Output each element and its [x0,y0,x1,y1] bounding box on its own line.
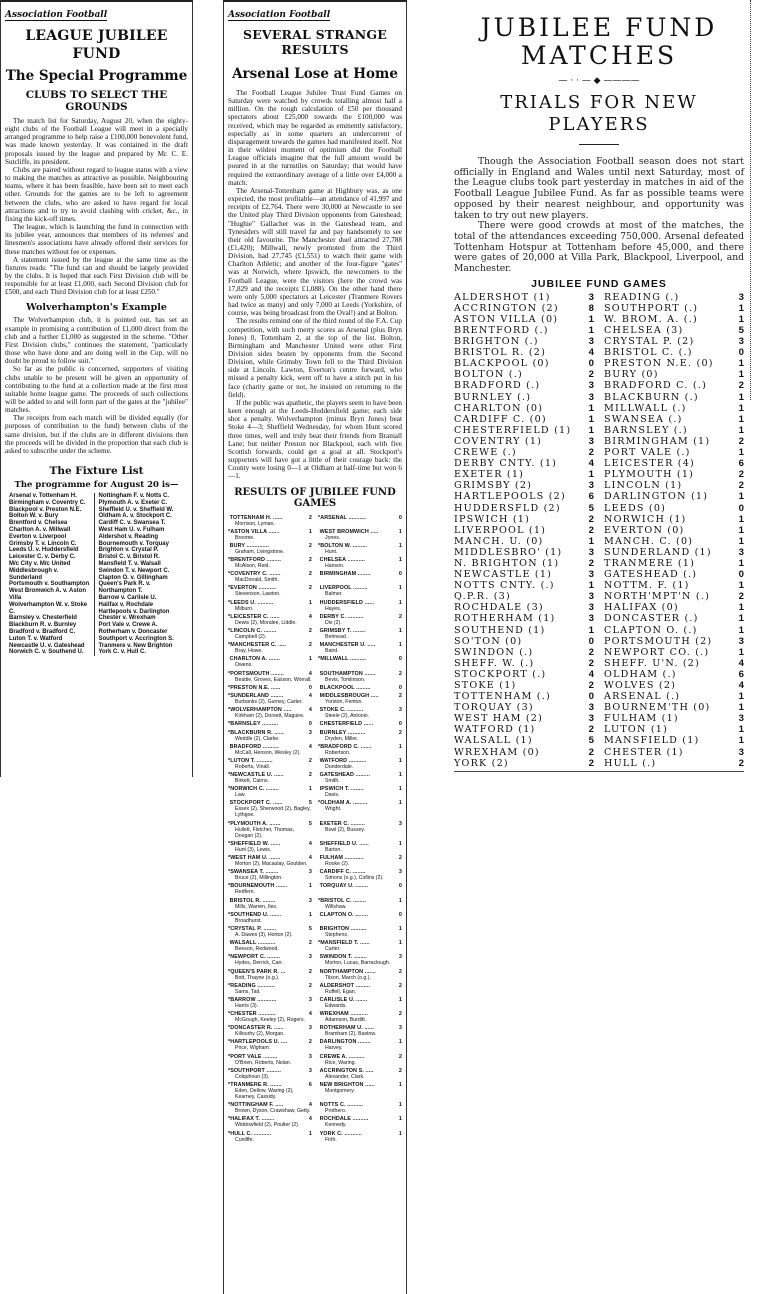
result-side: CLAPTON O. ........0 [318,912,402,924]
result-row: *QUEEN'S PARK R. ...2Bott, Thayne (o.g.)… [228,969,402,981]
result-side: GATESHEAD .........1Smith. [318,772,402,784]
result-row: *MANCHESTER C. .....2Bray, Howe. MANCHES… [228,642,402,654]
team-name: SHEFF. W. (.) [454,658,534,669]
scorers: Harvey. [318,1045,402,1051]
scorers: Bray, Howe. [228,648,312,654]
team-name: GRIMSBY (2) [454,480,532,491]
scorers: Burbanks (2), Gurney, Carter. [228,699,312,705]
score: 1 [589,469,594,480]
team-name: CHESTERFIELD (1) [454,425,571,436]
result-side: MIDDLESBROUGH .....2Yorston, Fenton. [318,693,402,705]
team-score: *BARNSLEY ..........0 [228,721,312,727]
score: 1 [739,735,744,746]
home-entry: SWINDON (.)2 [454,647,594,658]
fixture: Grimsby T. v. Lincoln C. [9,541,92,548]
away-entry: MANCH. C. (0)1 [604,536,744,547]
score: 4 [589,458,594,469]
scorers: Hullett, Fletcher, Thomas, Dougan (2). [228,827,312,839]
scorers: Campbell (2). [228,634,312,640]
score: 4 [309,1116,312,1122]
team-name: DERBY CNTY. (1) [454,458,557,469]
result-side: BRADFORD ..........4McCall, Henson, Wesl… [228,744,312,756]
home-entry: BRENTFORD (.)1 [454,325,594,336]
score: 3 [589,713,594,724]
team-score: *ARSENAL ...........0 [318,515,402,521]
team-name: BRISTOL C. (.) [604,347,693,358]
score: 1 [399,557,402,563]
team-name: BLACKPOOL (0) [454,358,550,369]
fixture: Middlesbrough v. Sunderland [9,568,92,582]
scorers: Davis. [318,792,402,798]
score: 1 [739,602,744,613]
result-side: *NOTTINGHAM F. .....4Brown, Dyson, Craws… [228,1102,312,1114]
away-entry: NEWPORT CO. (.)1 [604,647,744,658]
score: 4 [309,1011,312,1017]
result-row: *HALIFAX T. ........4Widdowfield (2), Po… [228,1116,402,1128]
score: 5 [589,735,594,746]
score: 1 [309,912,312,918]
scorers: McGough, Keeley (2), Rogers. [228,1017,312,1023]
result-row: *PRESTON N.E. ......0 BLACKPOOL ........… [228,685,402,691]
scorers: Widdowfield (2), Poulter (2). [228,1122,312,1128]
clipping-league-jubilee-fund: Association Football LEAGUE JUBILEE FUND… [0,0,193,777]
score: 2 [589,680,594,691]
team-name: *LEEDS U. .......... [228,600,273,606]
team-name: BRADFORD (.) [454,380,540,391]
team-name: *PORT VALE ......... [228,1054,278,1060]
result-row: *BLACKBURN R. ......3Weddle (2), Clarke.… [228,730,402,742]
result-row: *NORWICH C. ........1Law. IPSWICH T. ...… [228,786,402,798]
result-side: *ARSENAL ...........0 [318,515,402,527]
result-side: *SWANSEA T. ........3Bruce (2), Millingt… [228,869,312,881]
team-name: SWANSEA (.) [604,414,683,425]
scorers: Brown, Dyson, Crawshaw, Getty. [228,1108,312,1114]
score: 1 [739,392,744,403]
score: 0 [739,503,744,514]
headline: JUBILEE FUND MATCHES [454,14,744,70]
away-entry: NORTH'MPT'N (.)2 [604,591,744,602]
fixture: Port Vale v. Crewe A. [99,622,183,629]
team-name: NORWICH (1) [604,514,686,525]
paragraph: So far as the public is concerned, suppo… [5,365,188,414]
score: 1 [399,841,402,847]
away-entry: HALIFAX (0)1 [604,602,744,613]
result-side: *PRESTON N.E. ......0 [228,685,312,691]
score: 1 [399,758,402,764]
score: 0 [309,721,312,727]
score: 3 [739,636,744,647]
score: 0 [399,656,402,662]
score: 1 [399,997,402,1003]
team-score: TORQUAY U. ........0 [318,883,402,889]
team-name: TORQUAY (3) [454,702,534,713]
score: 2 [399,1068,402,1074]
team-name: *MILLWALL .......... [318,656,366,662]
away-entry: TRANMERE (1)1 [604,558,744,569]
away-column: READING (.)3SOUTHPORT (.)1W. BROM. A. (.… [604,292,744,769]
fixture: Luton T. v. Watford [9,636,92,643]
score: 1 [589,314,594,325]
article-body: Though the Association Football season d… [454,157,744,275]
fixture: Halifax v. Rochdale [99,602,183,609]
away-entry: CHESTER (1)3 [604,747,744,758]
scorers: Montgomery. [318,1088,402,1094]
home-entry: GRIMSBY (2)3 [454,480,594,491]
scorers: Broadhurst. [228,918,312,924]
result-side: *CRYSTAL P. ........5A. Dawes (3), Horto… [228,926,312,938]
result-row: *PLYMOUTH A. .......5Hullett, Fletcher, … [228,821,402,839]
team-name: CREWE (.) [454,447,517,458]
team-name: HALIFAX (0) [604,602,679,613]
result-row: *EVERTON ...........2Stevenson, Lawton. … [228,585,402,597]
result-side: *OLDHAM A. .........1Wright. [318,800,402,818]
scorers: McCall, Henson, Wesley (2). [228,750,312,756]
result-side: *PLYMOUTH A. .......5Hullett, Fletcher, … [228,821,312,839]
score: 1 [399,642,402,648]
result-row: *ASTON VILLA .......1Broome. WEST BROMWI… [228,529,402,541]
team-name: MANCH. C. (0) [604,536,693,547]
team-name: DONCASTER (.) [604,613,699,624]
score: 4 [589,669,594,680]
home-entry: WALSALL (1)5 [454,735,594,746]
team-name: ACCRINGTON (2) [454,303,559,314]
scorers: Tilson, March (o.g.). [318,975,402,981]
team-name: BLACKPOOL ......... [318,685,371,691]
result-side: TORQUAY U. ........0 [318,883,402,895]
home-entry: LIVERPOOL (1)2 [454,525,594,536]
score: 1 [739,491,744,502]
result-side: DERBY C. ..........2Dix (2). [318,614,402,626]
score: 1 [399,940,402,946]
result-row: BRADFORD ..........4McCall, Henson, Wesl… [228,744,402,756]
score: 3 [589,436,594,447]
scorers: Jones. [318,535,402,541]
result-side: *ASTON VILLA .......1Broome. [228,529,312,541]
scorers: McAlson, Reid. [228,563,312,569]
away-entry: CHELSEA (3)5 [604,325,744,336]
scorers: MacDonald, Smith. [228,577,312,583]
result-side: STOCKPORT C. ......5Essex (2), Sherwood … [228,800,312,818]
score: 1 [309,529,312,535]
score: 1 [399,600,402,606]
fixture: Leicester C. v. Derby C. [9,554,92,561]
away-entry: SOUTHPORT (.)1 [604,303,744,314]
score: 2 [309,543,312,549]
score: 1 [399,1082,402,1088]
team-name: SUNDERLAND (1) [604,547,712,558]
score: 2 [589,369,594,380]
result-side: CARLISLE U. .......1Edwards. [318,997,402,1009]
team-name: BURY .............. [228,543,269,549]
score: 4 [309,841,312,847]
result-side: HUDDERSFIELD ......1Hayes. [318,600,402,612]
scorers: Colquhoun (3). [228,1074,312,1080]
home-entry: CARDIFF C. (0)1 [454,414,594,425]
score: 1 [309,883,312,889]
team-name: *ARSENAL ........... [318,515,366,521]
score: 1 [589,625,594,636]
home-entry: SHEFF. W. (.)2 [454,658,594,669]
home-entry: WEST HAM (2)3 [454,713,594,724]
score: 3 [399,869,402,875]
score: 5 [739,325,744,336]
team-name: OLDHAM (.) [604,669,677,680]
score: 3 [589,702,594,713]
away-entry: WOLVES (2)4 [604,680,744,691]
result-row: *NOTTINGHAM F. .....4Brown, Dyson, Craws… [228,1102,402,1114]
result-row: *HARTLEPOOLS U. ....2Price, Wigham. DARL… [228,1039,402,1051]
team-name: *LEICESTER C. ...... [228,614,280,620]
result-side: ACCRINGTON S. .....2Alexander, Clark. [318,1068,402,1080]
score: 0 [399,883,402,889]
scorers: Ruffell, Egan. [318,989,402,995]
scorers: Dix (2). [318,620,402,626]
team-name: BURY (0) [604,369,659,380]
fixture: Swindon T. v. Newport C. [99,568,183,575]
away-entry: MILLWALL (.)1 [604,403,744,414]
subhead: TRIALS FOR NEW PLAYERS [454,92,744,136]
result-side: *WEST HAM U. .......4Morton (2), Macaula… [228,855,312,867]
result-row: WALSALL ...........2Beeson, Redwood.*MAN… [228,940,402,952]
scorers: Milburn. [228,606,312,612]
team-name: ALDERSHOT ......... [318,983,370,989]
home-entry: SOUTHEND (1)1 [454,625,594,636]
score: 3 [589,602,594,613]
away-entry: LEEDS (0)0 [604,503,744,514]
score: 0 [739,347,744,358]
fixture: Brighton v. Crystal P. [99,547,183,554]
section-kicker: Association Football [228,10,330,21]
fixture-column-right: Nottingham F. v. Notts C.Plymouth A. v. … [99,493,185,656]
team-name: STOKE (1) [454,680,516,691]
scorers: Dunderdale. [318,764,402,770]
result-side: *NEWPORT C. ........3Hydes, Derrick, Car… [228,954,312,966]
result-row: *DONCASTER R. ......3Killourhy (2), Morg… [228,1025,402,1037]
scorers: Smith. [318,778,402,784]
result-side: GRIMSBY T. ........1Betmead. [318,628,402,640]
paragraph: The league, which is launching the fund … [5,223,188,256]
score: 2 [309,969,312,975]
team-name: BURNLEY ........... [318,730,365,736]
jubilee-games-table: ALDERSHOT (1)3ACCRINGTON (2)8ASTON VILLA… [454,292,744,769]
result-side: WATFORD ...........1Dunderdale. [318,758,402,770]
score: 1 [399,628,402,634]
score: 1 [589,580,594,591]
result-side: *LINCOLN C. ........2Campbell (2). [228,628,312,640]
score: 3 [399,821,402,827]
fixture: Birmingham v. Coventry C. [9,500,92,507]
results-heading: RESULTS OF JUBILEE FUND GAMES [228,487,402,509]
team-name: CHESTERFIELD ...... [318,721,373,727]
fixture-intro: The programme for August 20 is— [5,480,188,490]
result-side: BRISTOL R. ........3Mills, Warren, Iles. [228,898,312,910]
result-side: *SUNDERLAND ........4Burbanks (2), Gurne… [228,693,312,705]
paragraph: There were good crowds at most of the ma… [454,221,744,275]
scorers: Alexander, Clark. [318,1074,402,1080]
scorers: Bott, Thayne (o.g.). [228,975,312,981]
scorers: Hunt (3), Lewis. [228,847,312,853]
team-name: MILLWALL (.) [604,403,687,414]
team-name: *BLACKBURN R. ...... [228,730,284,736]
paragraph: The Football League Jubilee Trust Fund G… [228,89,402,187]
team-name: *SOUTHPORT ......... [228,1068,281,1074]
team-name: TORQUAY U. ........ [318,883,368,889]
score: 3 [739,747,744,758]
home-entry: TORQUAY (3)3 [454,702,594,713]
result-row: *BARROW ............3Harris (3). CARLISL… [228,997,402,1009]
result-side: NORTHAMPTON .......2Tilson, March (o.g.)… [318,969,402,981]
scorers: Adamson, Burditt. [318,1017,402,1023]
fixture: Bournemouth v. Torquay [99,541,183,548]
score: 3 [739,292,744,303]
away-entry: BRADFORD C. (.)2 [604,380,744,391]
score: 1 [399,898,402,904]
team-name: NEWCASTLE (1) [454,569,552,580]
team-name: BLACKBURN (.) [604,392,699,403]
team-name: *BRISTOL C. ........ [318,898,366,904]
result-side: ROTHERHAM U. ......3Bramham (2), Bastow. [318,1025,402,1037]
team-name: BOURNEM'TH (0) [604,702,710,713]
result-row: *NEWPORT C. ........3Hydes, Derrick, Car… [228,954,402,966]
team-name: SHEFF. U'N. (2) [604,658,700,669]
result-side: TOTTENHAM H. ......2Morrison, Lyman. [228,515,312,527]
score: 3 [589,392,594,403]
result-row: *BARNSLEY ..........0 CHESTERFIELD .....… [228,721,402,727]
team-name: CRYSTAL P. (2) [604,336,694,347]
team-name: HUDDERSFIELD ...... [318,600,374,606]
scorers: Graham, Livingstone. [228,549,312,555]
scorers: Baird. [318,648,402,654]
score: 4 [739,658,744,669]
result-row: *LEEDS U. ..........1Milburn. HUDDERSFIE… [228,600,402,612]
away-entry: MANSFIELD (1)1 [604,735,744,746]
score: 1 [739,558,744,569]
away-entry: BURY (0)1 [604,369,744,380]
score: 4 [309,671,312,677]
result-row: *WOLVERHAMPTON .....4Kirkham (2), Dorset… [228,707,402,719]
team-name: *PRESTON N.E. ...... [228,685,281,691]
team-name: W. BROM. A. (.) [604,314,698,325]
result-row: *NEWCASTLE U. ......2Birkett, Cairns. GA… [228,772,402,784]
team-name: CHESTER (1) [604,747,684,758]
home-entry: ROCHDALE (3)3 [454,602,594,613]
team-name: YORK (2) [454,758,509,769]
away-entry: OLDHAM (.)6 [604,669,744,680]
score: 1 [739,580,744,591]
result-side: *TRANMERE R. .......6Eden, Dellow, Warin… [228,1082,312,1100]
scorers: Morton (2), Macaulay, Goulden. [228,861,312,867]
home-entry: YORK (2)2 [454,758,594,769]
team-name: WREXHAM (0) [454,747,540,758]
away-entry: BOURNEM'TH (0)1 [604,702,744,713]
home-entry: COVENTRY (1)3 [454,436,594,447]
score: 1 [399,1102,402,1108]
scorers: Killourhy (2), Morgan. [228,1031,312,1037]
fixture: Nottingham F. v. Notts C. [99,493,183,500]
score: 4 [309,855,312,861]
score: 1 [739,691,744,702]
result-side: *PORT VALE .........3O'Brien, Roberts, N… [228,1054,312,1066]
fixture: Bolton W. v. Bury [9,513,92,520]
team-score: *MILLWALL ..........0 [318,656,402,662]
score: 2 [309,940,312,946]
team-name: *BARNSLEY .......... [228,721,278,727]
result-side: *EVERTON ...........2Stevenson, Lawton. [228,585,312,597]
scorers: Yorston, Fenton. [318,699,402,705]
score: 1 [399,529,402,535]
scorers: Hanson. [318,563,402,569]
score: 3 [589,380,594,391]
result-side: *HULL C. ...........1Cunliffe. [228,1131,312,1143]
result-side: *BARROW ............3Harris (3). [228,997,312,1009]
result-side: MANCHESTER U. .....1Baird. [318,642,402,654]
deck: The Special Programme [5,69,188,83]
team-name: BRISTOL R. ........ [228,898,275,904]
away-entry: PLYMOUTH (1)2 [604,469,744,480]
fixture: Portsmouth v. Southampton [9,581,92,588]
score: 3 [589,336,594,347]
result-row: *LUTON T. ..........2Roberts, Vinall. WA… [228,758,402,770]
team-name: ALDERSHOT (1) [454,292,551,303]
team-name: TRANMERE (1) [604,558,695,569]
scorers: Rice, Waring. [318,1060,402,1066]
away-entry: NORWICH (1)1 [604,514,744,525]
away-entry: PORTSMOUTH (2)3 [604,636,744,647]
team-score: BIRMINGHAM ........0 [318,571,402,577]
away-entry: CLAPTON O. (.)1 [604,625,744,636]
bottom-rule [454,771,744,772]
home-entry: SO'TON (0)0 [454,636,594,647]
score: 2 [399,1011,402,1017]
paragraph: A statement issued by the league at the … [5,256,188,297]
score: 2 [309,642,312,648]
score: 2 [589,558,594,569]
home-entry: BURNLEY (.)3 [454,392,594,403]
team-name: LINCOLN (1) [604,480,682,491]
home-entry: DERBY CNTY. (1)4 [454,458,594,469]
fixture: Oldham A. v. Stockport C. [99,513,183,520]
scorers: Edwards. [318,1003,402,1009]
fixture: Queen's Park R. v. Northampton T. [99,581,183,595]
team-name: LEICESTER (4) [604,458,695,469]
result-row: *CHESTER ...........4McGough, Keeley (2)… [228,1011,402,1023]
scorers: Owens. [228,662,312,668]
clipping-several-strange-results: Association Football SEVERAL STRANGE RES… [223,0,407,1294]
home-entry: NOTTS CNTY. (.)1 [454,580,594,591]
away-entry: DONCASTER (.)1 [604,613,744,624]
fixture: M/c City v. M/c United [9,561,92,568]
result-side: *BRISTOL C. ........1Willshaw. [318,898,402,910]
score: 1 [399,1116,402,1122]
team-name: CLAPTON O. ........ [318,912,368,918]
away-entry: BLACKBURN (.)1 [604,392,744,403]
fixture: Sheffield U. v. Sheffield W. [99,507,183,514]
result-side: BURY ..............2Graham, Livingstone. [228,543,312,555]
scorers: Price, Wigham. [228,1045,312,1051]
scorers: Broome. [228,535,312,541]
result-side: BURNLEY ...........2Dryden, Miller. [318,730,402,742]
result-side: SHEFFIELD U. ......1Barton. [318,841,402,853]
home-entry: BLACKPOOL (0)0 [454,358,594,369]
away-entry: BRISTOL C. (.)0 [604,347,744,358]
result-side: IPSWICH T. ........1Davis. [318,786,402,798]
score: 0 [399,685,402,691]
team-name: *BOLTON W. ......... [318,543,367,549]
team-name: HUDDERSFLD (2) [454,503,561,514]
scorers: Balmer. [318,591,402,597]
result-side: *NEWCASTLE U. ......2Birkett, Cairns. [228,772,312,784]
home-entry: MANCH. U. (0)1 [454,536,594,547]
